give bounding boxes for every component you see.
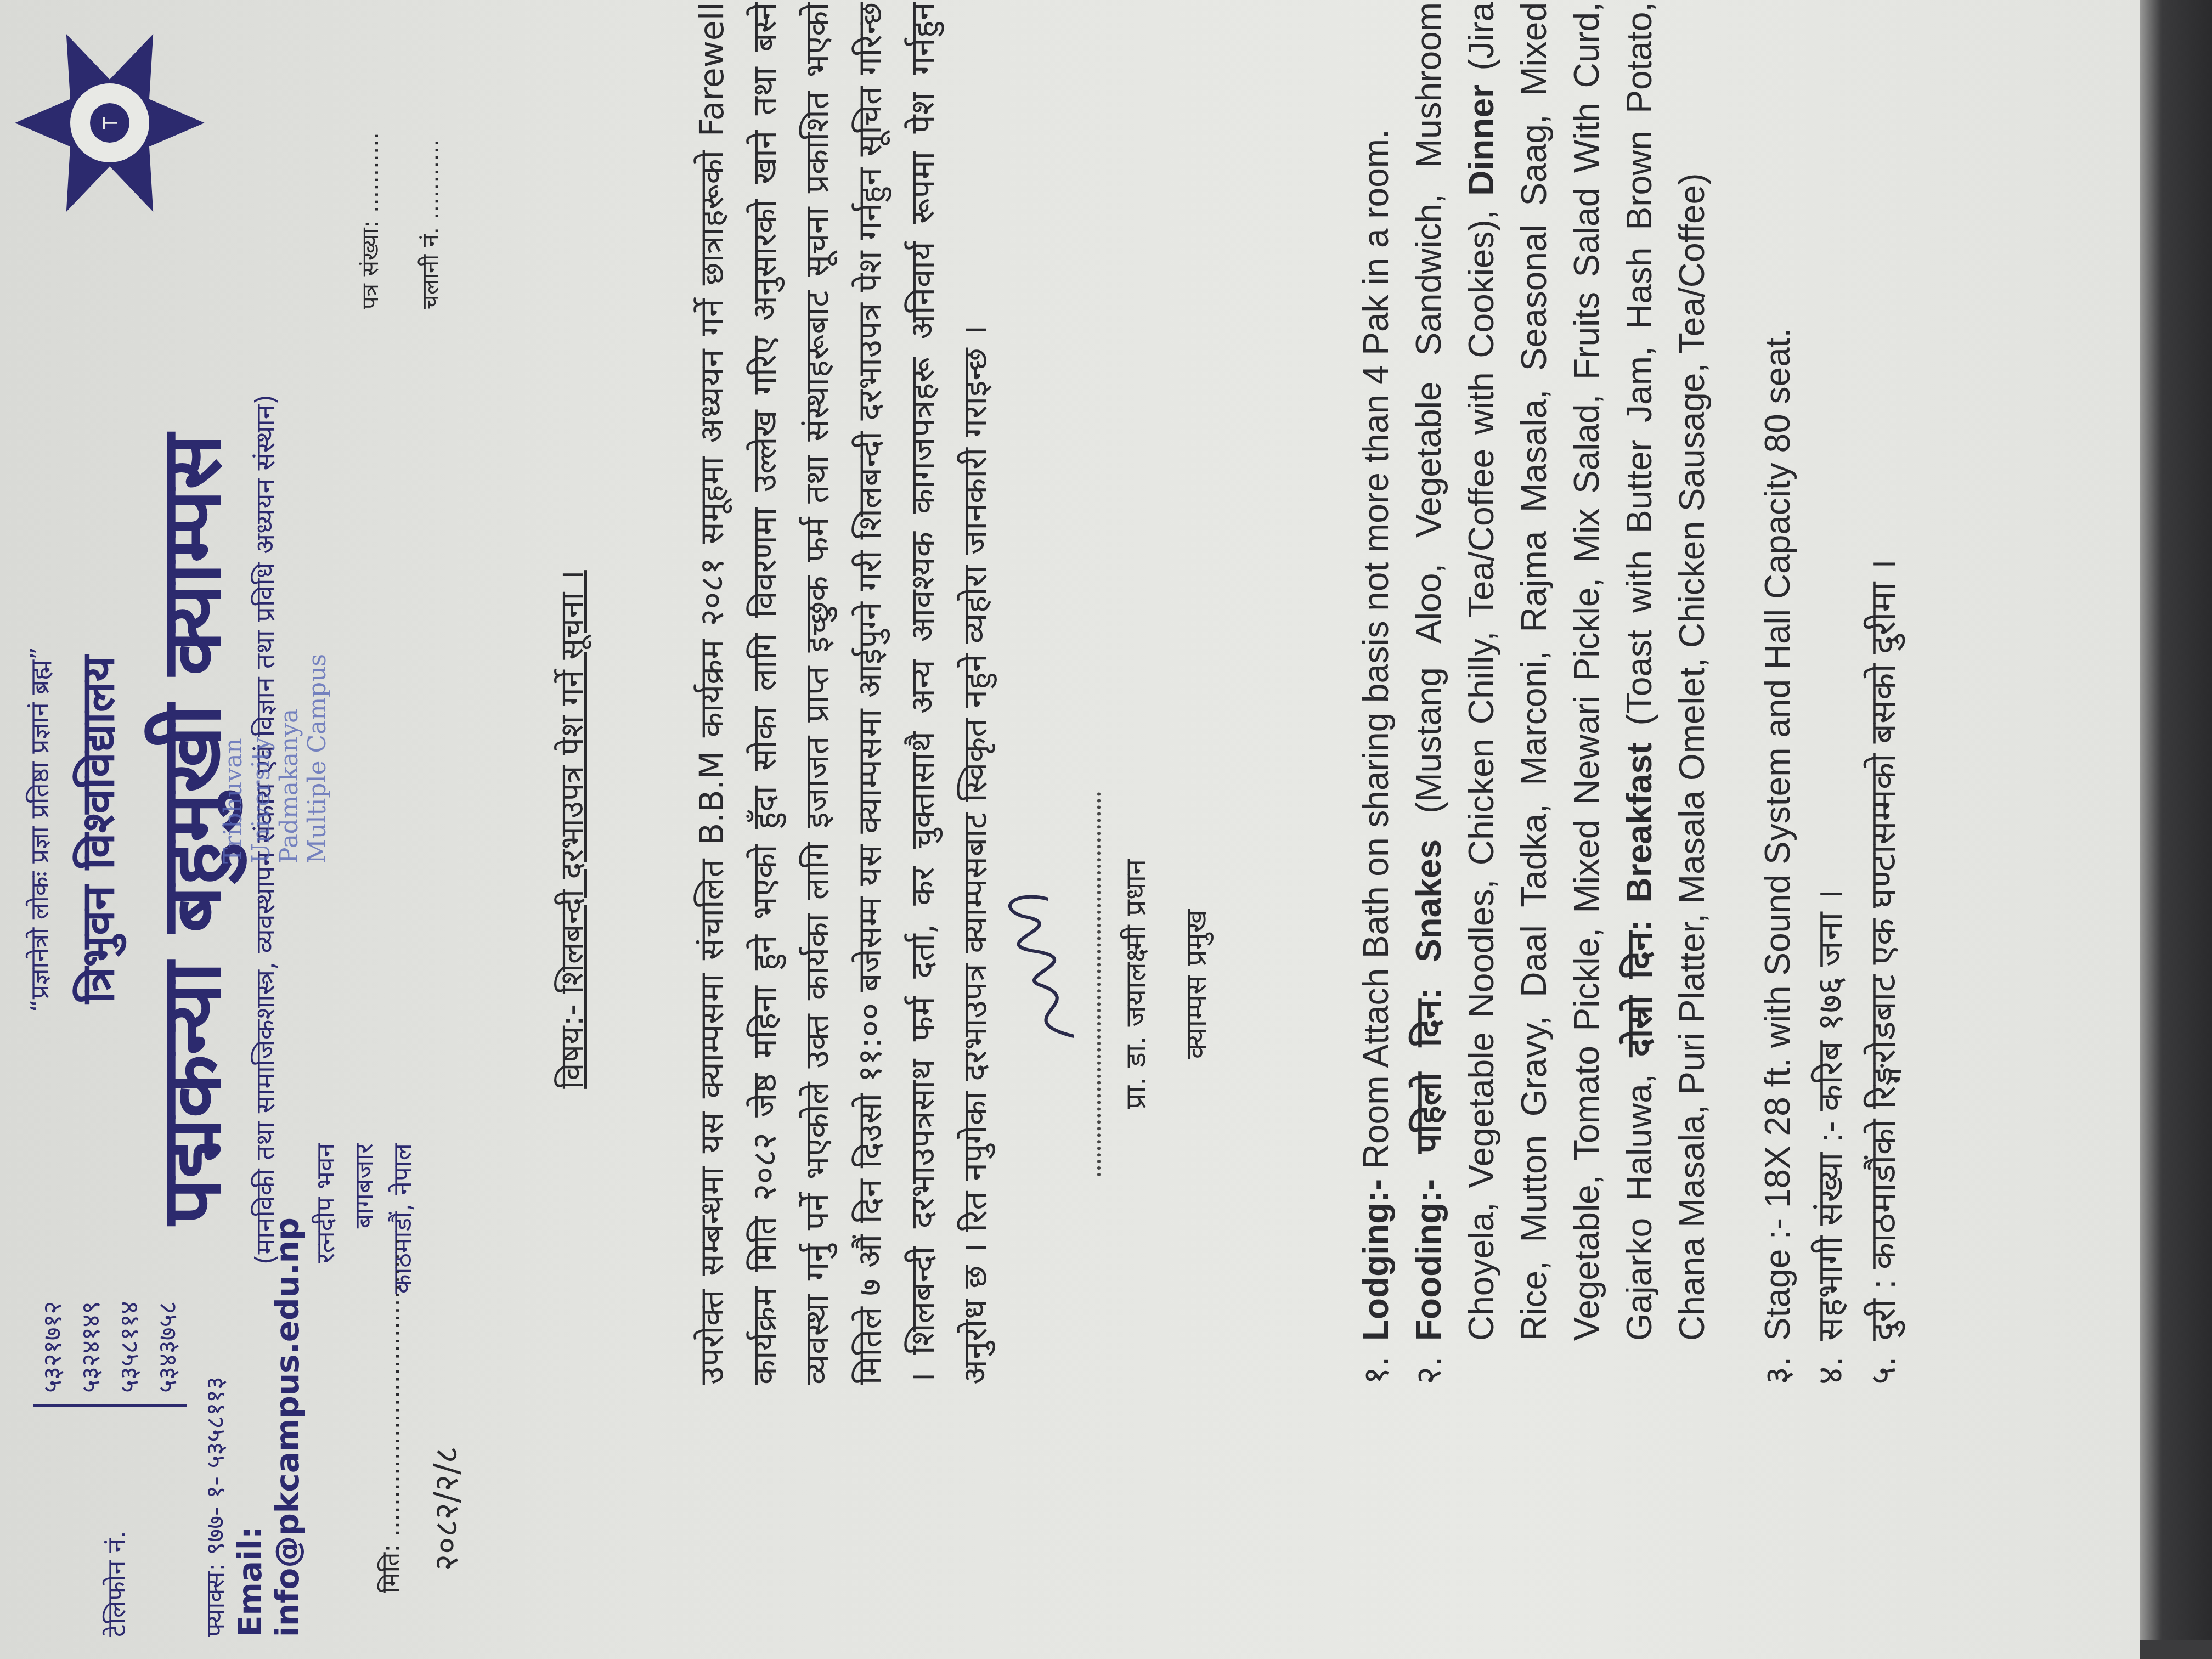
address-line: रत्नदीप भवन [306, 1143, 345, 1637]
subject-text: विषय:- शिलबन्दी दरभाउपत्र पेश गर्ने सूचन… [553, 570, 590, 1089]
letter-page: T “प्रज्ञानेत्रो लोकः प्रज्ञा प्रतिष्ठा … [0, 0, 2140, 1659]
contact-block: टेलिफोन नं. ५३२१७१२ ५३२४१४९ ५३५८११४ ५३४३… [33, 1143, 421, 1637]
item-text: Room Attach Bath on sharing basis not mo… [1356, 129, 1396, 1179]
day-label: दोस्रो दिन: [1620, 902, 1659, 1057]
dispatch-number: चलानी नं. ........... [400, 24, 461, 309]
phone-number: ५३२१७१२ [33, 1301, 71, 1393]
subject-line: विषय:- शिलबन्दी दरभाउपत्र पेश गर्ने सूचन… [549, 0, 592, 1659]
item-number: ५. [1857, 1341, 1909, 1385]
letter-number: पत्र संख्या: ........... [340, 24, 400, 309]
desk-background [2129, 0, 2212, 1659]
item-number: २. [1402, 1341, 1718, 1385]
list-item: १. Lodging:- Room Attach Bath on sharing… [1350, 2, 1402, 1385]
date-value: २०८२/२/८ [422, 1099, 467, 1571]
signatory-name: प्रा. डा. जयालक्ष्मी प्रधान [1106, 737, 1166, 1231]
list-item: २. Fooding:- पहिलो दिन: Snakes (Mustang … [1402, 2, 1718, 1385]
item-label: Lodging:- [1356, 1179, 1396, 1341]
notice-body: उपरोक्त सम्बन्धमा यस क्याम्पसमा संचालित … [686, 2, 1002, 1385]
item-number: ३. [1751, 1341, 1804, 1385]
list-item: ३. Stage :- 18X 28 ft. with Sound System… [1751, 2, 1804, 1385]
phone-number: ५३५८११४ [110, 1301, 148, 1393]
list-item: ५. दुरी : काठमाडौंको रिङ्गरोडबाट एक घण्ट… [1857, 2, 1909, 1385]
item-text: दुरी : काठमाडौंको रिङ्गरोडबाट एक घण्टासम… [1857, 2, 1909, 1341]
breakfast-label: Breakfast [1620, 743, 1659, 903]
campus-stamp: Tribhuvan University Padmakanya Multiple… [219, 633, 384, 864]
item-text: सहभागी संख्या :- करिब १७६ जना । [1804, 2, 1857, 1341]
item-number: १. [1350, 1341, 1402, 1385]
signatory-title: क्याम्पस प्रमुख [1166, 737, 1227, 1231]
email-address[interactable]: Email: info@pkcampus.edu.np [232, 1143, 306, 1637]
dinner-label: Dinner [1462, 84, 1501, 196]
list-item: ४. सहभागी संख्या :- करिब १७६ जना । [1804, 2, 1857, 1385]
phone-number: ५३४३७५८ [148, 1301, 187, 1393]
phone-label: टेलिफोन नं. [99, 1531, 133, 1637]
phone-number: ५३२४१४९ [71, 1301, 110, 1393]
item-number: ४. [1804, 1341, 1857, 1385]
signature-block: प्रा. डा. जयालक्ष्मी प्रधान क्याम्पस प्र… [1031, 737, 1227, 1231]
signature-line [1031, 792, 1101, 1176]
snacks-label: Snakes [1409, 839, 1448, 962]
date-label: मिति: ..................................… [373, 1099, 406, 1593]
day-label: पहिलो दिन: [1409, 962, 1448, 1179]
phone-list: ५३२१७१२ ५३२४१४९ ५३५८११४ ५३४३७५८ [33, 1301, 187, 1407]
signature-scribble-icon [971, 880, 1108, 1056]
item-label: Fooding:- [1409, 1179, 1448, 1341]
requirements-list: १. Lodging:- Room Attach Bath on sharing… [1350, 2, 1909, 1385]
fax-number: फ्याक्स: ९७७- १- ५३५८११३ [198, 1143, 232, 1637]
item-text: Stage :- 18X 28 ft. with Sound System an… [1751, 2, 1804, 1341]
reference-fields: पत्र संख्या: ........... चलानी नं. .....… [340, 24, 461, 309]
date-block: मिति: ..................................… [373, 1099, 467, 1593]
